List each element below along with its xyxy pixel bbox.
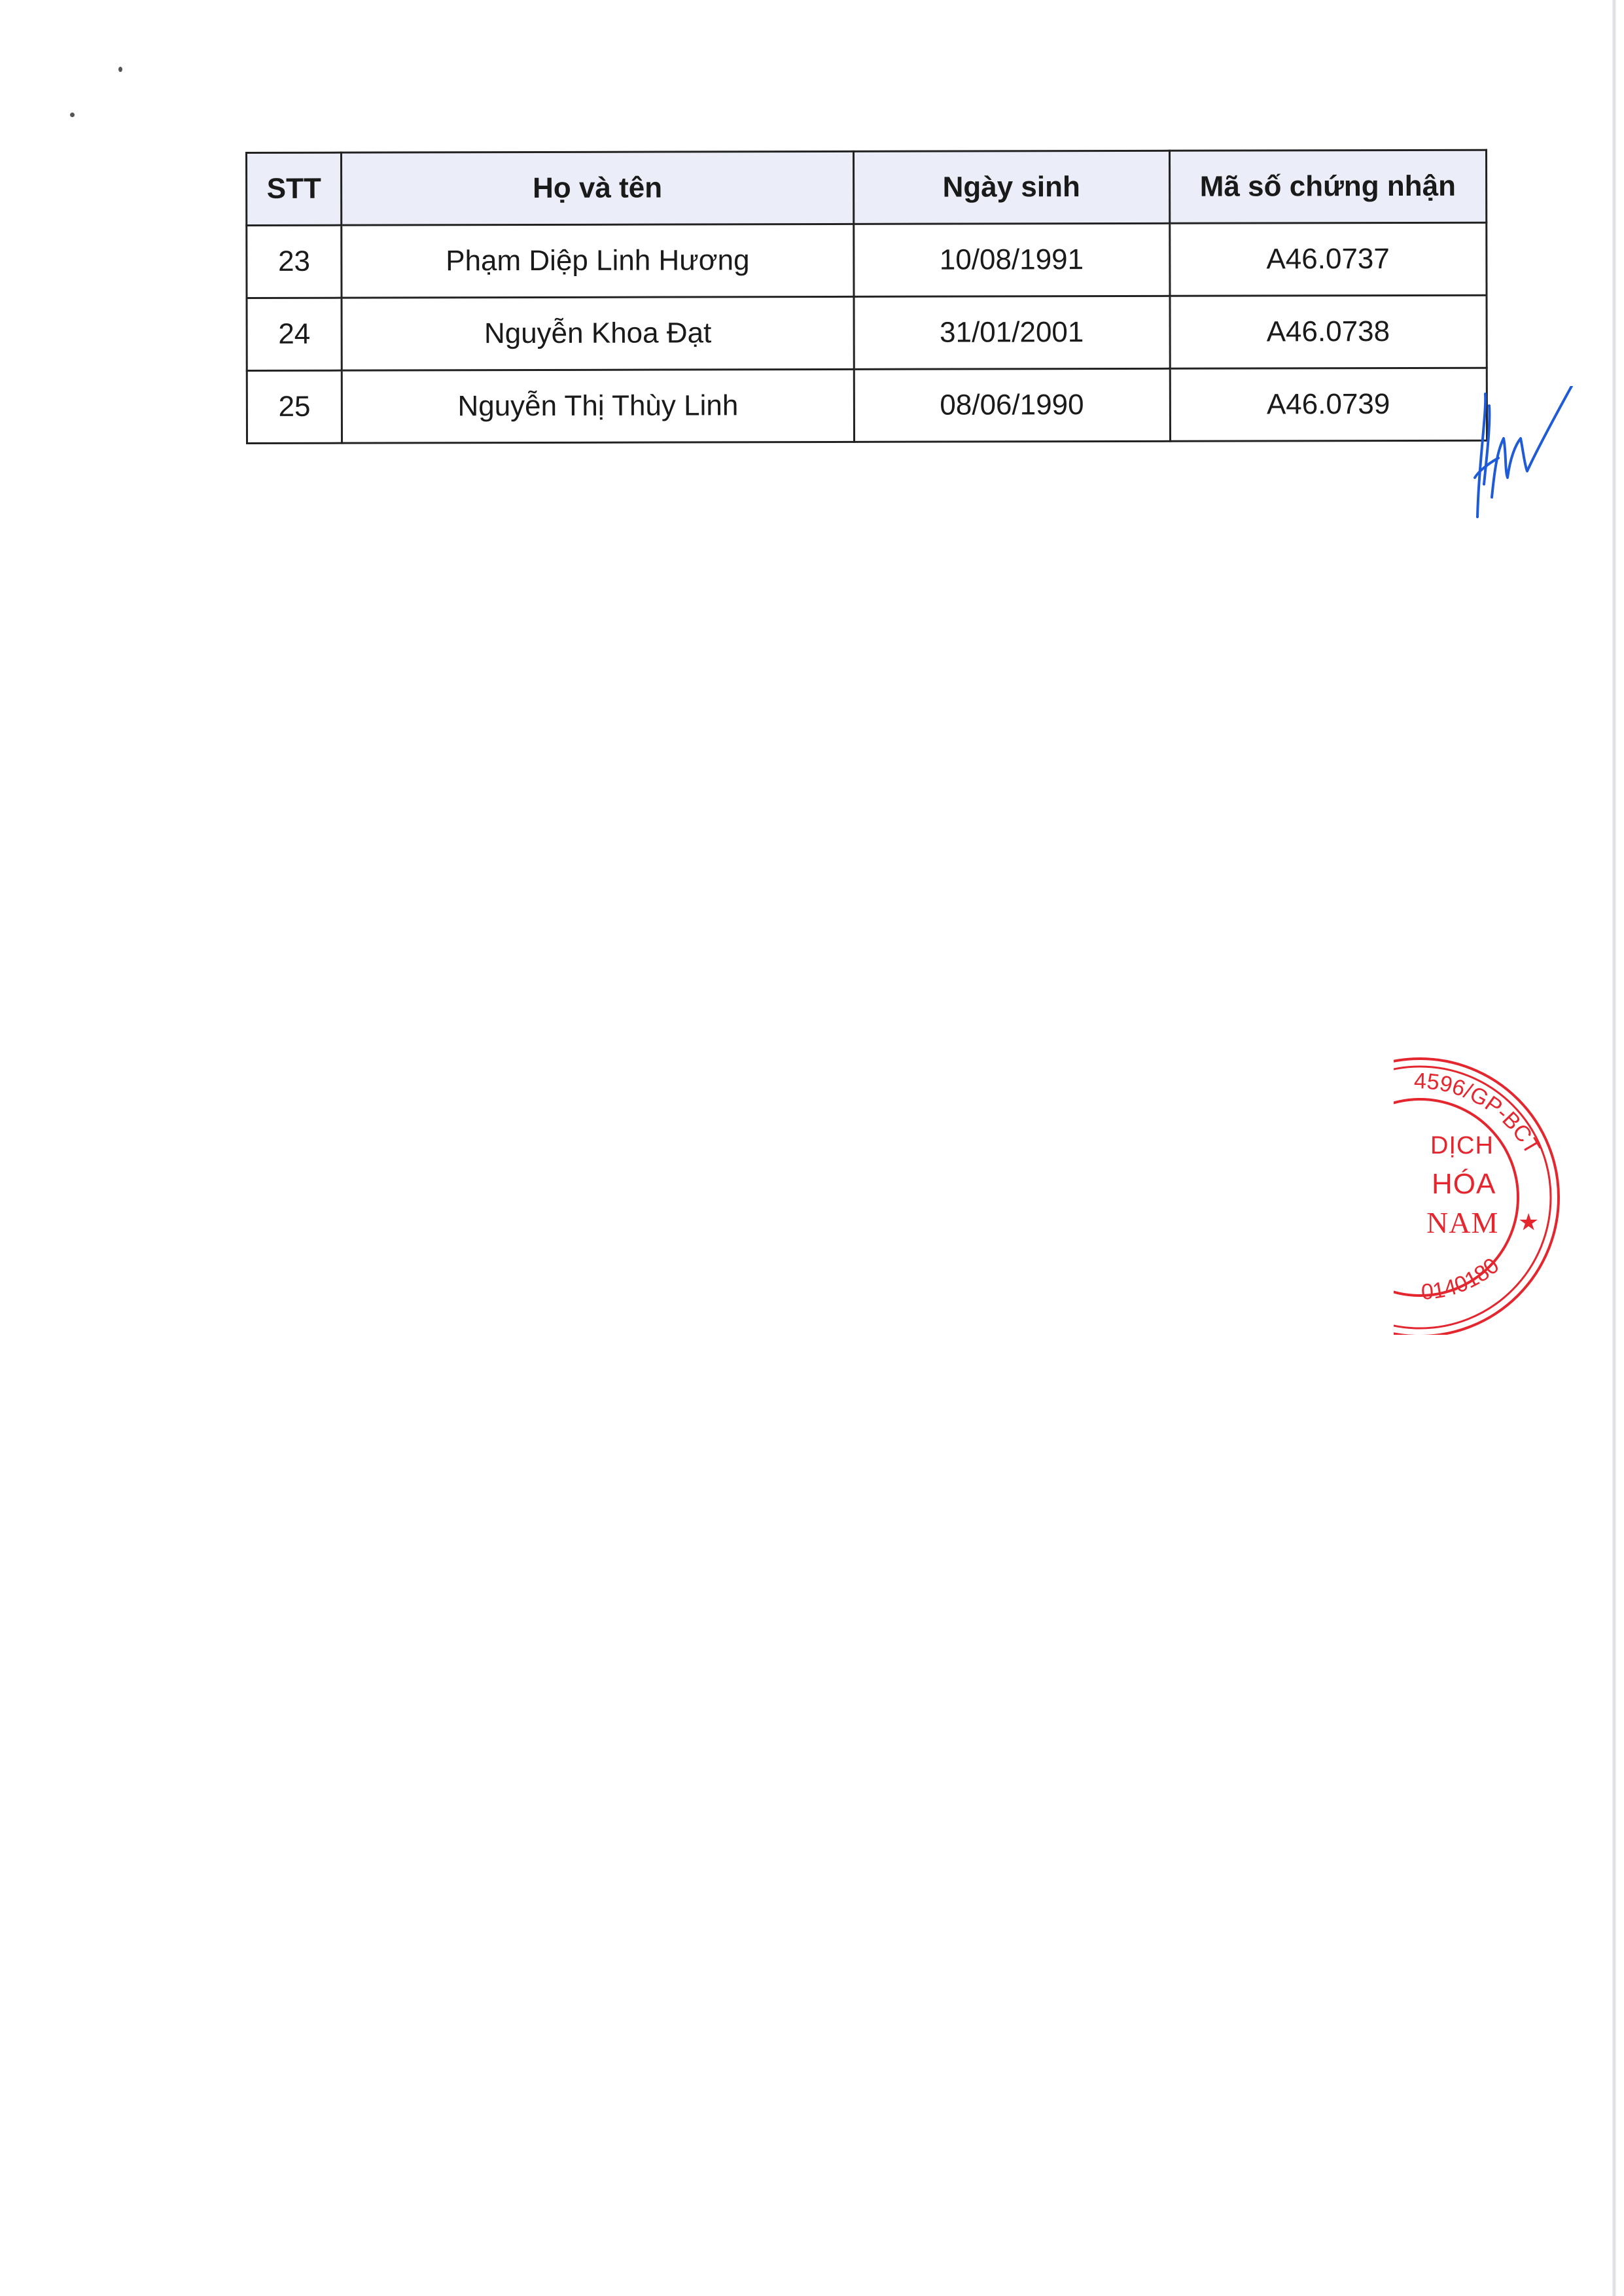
cell-date-of-birth: 10/08/1991 (853, 223, 1169, 296)
cell-certificate-code: A46.0738 (1170, 295, 1487, 368)
seal-line-2: HÓA (1432, 1168, 1496, 1201)
cell-stt: 24 (247, 298, 342, 370)
cell-certificate-code: A46.0739 (1170, 368, 1487, 441)
scan-speck (70, 113, 75, 117)
cell-date-of-birth: 08/06/1990 (854, 368, 1170, 442)
page-scan-edge (1612, 0, 1616, 2296)
header-certificate-code: Mã số chứng nhận (1169, 150, 1487, 223)
seal-star-icon: ★ (1518, 1209, 1539, 1235)
table-header-row: STT Họ và tên Ngày sinh Mã số chứng nhận (247, 150, 1487, 225)
cell-full-name: Phạm Diệp Linh Hương (342, 224, 854, 298)
table-row: 23 Phạm Diệp Linh Hương 10/08/1991 A46.0… (247, 222, 1487, 298)
cell-full-name: Nguyễn Khoa Đạt (342, 296, 854, 370)
table-row: 25 Nguyễn Thị Thùy Linh 08/06/1990 A46.0… (247, 368, 1487, 443)
table-row: 24 Nguyễn Khoa Đạt 31/01/2001 A46.0738 (247, 295, 1487, 370)
signature-icon (1472, 386, 1577, 523)
svg-text:0140180: 0140180 (1421, 1253, 1504, 1305)
header-full-name: Họ và tên (342, 151, 854, 225)
header-stt: STT (247, 152, 342, 225)
certificate-table: STT Họ và tên Ngày sinh Mã số chứng nhận… (245, 149, 1488, 444)
cell-full-name: Nguyễn Thị Thùy Linh (342, 369, 855, 443)
cell-stt: 25 (247, 370, 342, 443)
seal-line-1: DỊCH (1430, 1132, 1494, 1160)
cell-stt: 23 (247, 225, 342, 298)
cell-date-of-birth: 31/01/2001 (854, 296, 1170, 369)
company-seal: 4596/GP-BCT 0140180 ★ DỊCH HÓA NAM (1394, 1034, 1564, 1335)
seal-ring-bottom-text: 0140180 (1421, 1253, 1504, 1305)
cell-certificate-code: A46.0737 (1169, 222, 1487, 296)
seal-line-3: NAM (1426, 1205, 1498, 1240)
header-date-of-birth: Ngày sinh (853, 150, 1169, 224)
scan-speck (118, 67, 122, 72)
